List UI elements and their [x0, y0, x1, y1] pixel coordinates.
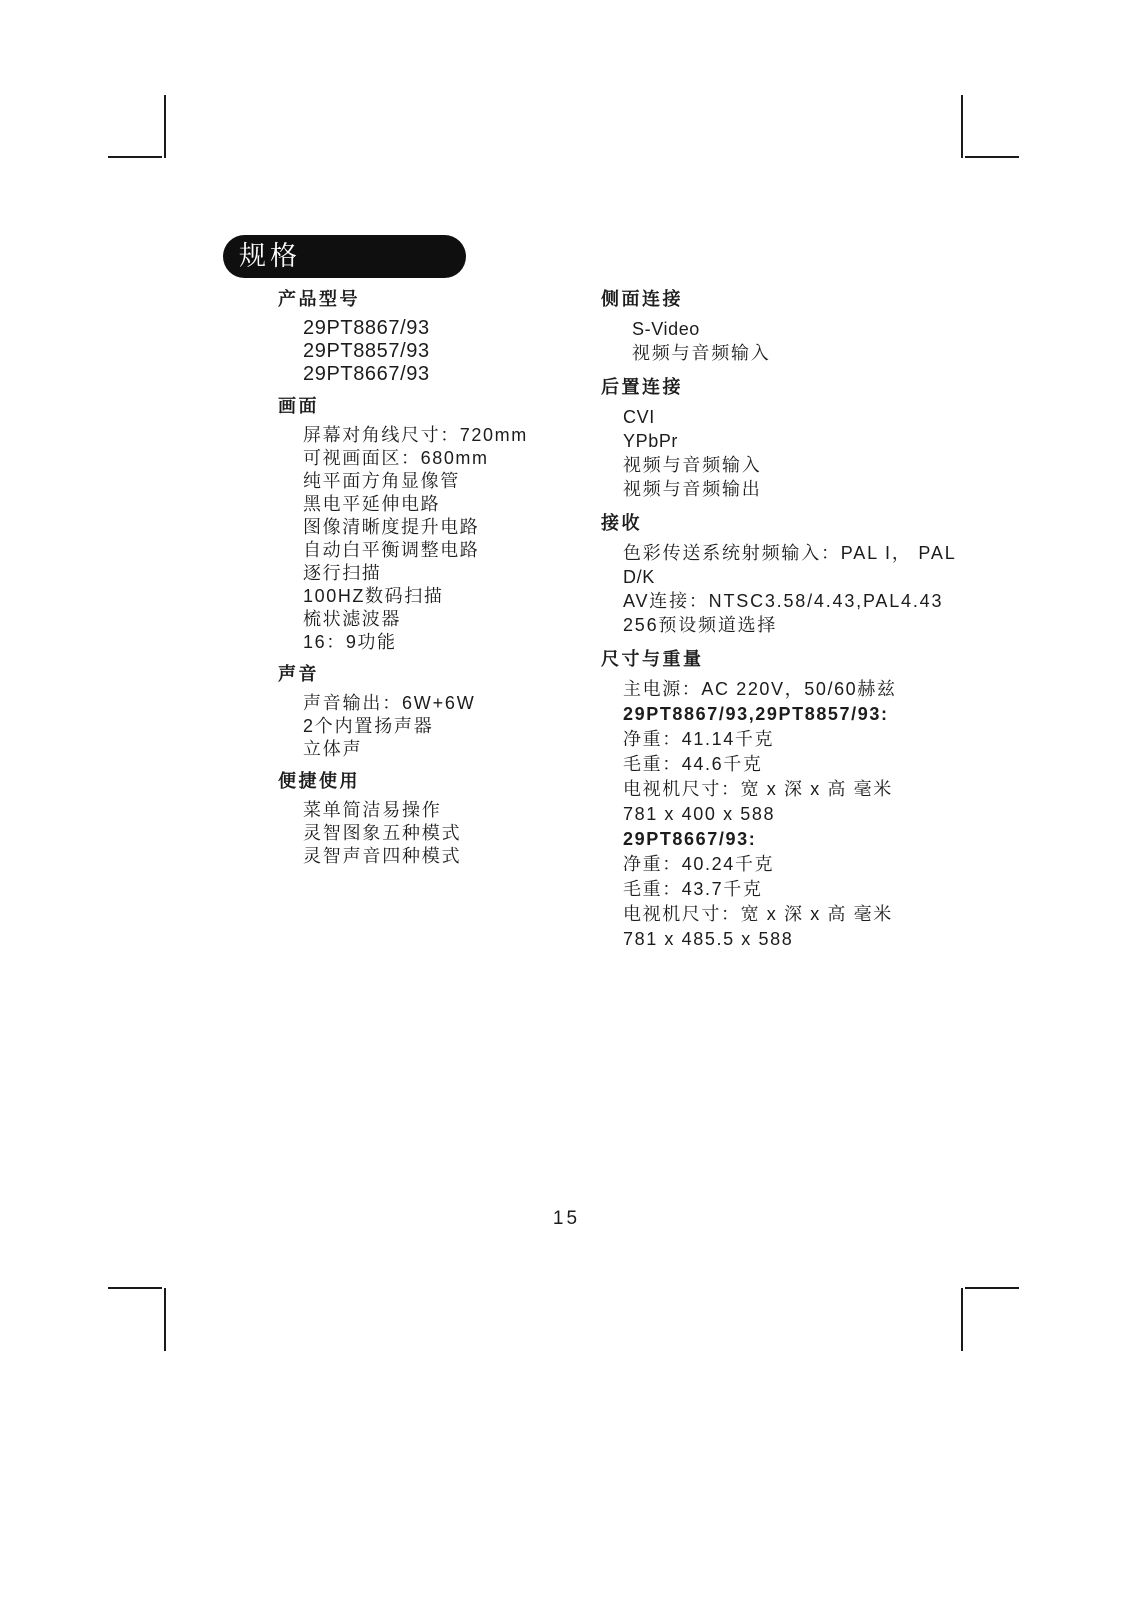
section-ease-of-use: 便捷使用 菜单简洁易操作 灵智图象五种模式 灵智声音四种模式	[278, 770, 588, 868]
spec-line: 自动白平衡调整电路	[278, 539, 588, 562]
spec-line: YPbPr	[601, 429, 1031, 453]
section-picture: 画面 屏幕对角线尺寸：720mm 可视画面区：680mm 纯平面方角显像管 黑电…	[278, 395, 588, 654]
section-heading: 接收	[601, 512, 1031, 535]
title-badge: 规格	[223, 235, 466, 278]
section-heading: 尺寸与重量	[601, 648, 1031, 671]
spec-line: 屏幕对角线尺寸：720mm	[278, 424, 588, 447]
section-heading: 后置连接	[601, 376, 1031, 399]
crop-mark-top-right-horizontal	[965, 156, 1019, 158]
spec-line: 256预设频道选择	[601, 613, 1031, 637]
spec-line: 781 x 485.5 x 588	[601, 927, 1031, 952]
spec-line: 毛重：43.7千克	[601, 877, 1031, 902]
crop-mark-top-left-horizontal	[108, 156, 162, 158]
spec-line: 图像清晰度提升电路	[278, 516, 588, 539]
spec-line: 毛重：44.6千克	[601, 752, 1031, 777]
manual-spec-page: 规格 产品型号 29PT8867/93 29PT8857/93 29PT8667…	[0, 0, 1133, 1600]
spec-line: 梳状滤波器	[278, 608, 588, 631]
spec-line: 16：9功能	[278, 631, 588, 654]
spec-line: 29PT8667/93	[278, 363, 588, 386]
crop-mark-bottom-left-vertical	[164, 1288, 166, 1351]
spec-line: 菜单简洁易操作	[278, 799, 588, 822]
crop-mark-bottom-left-horizontal	[108, 1287, 162, 1289]
spec-line: 净重：41.14千克	[601, 727, 1031, 752]
spec-line: 视频与音频输入	[601, 453, 1031, 477]
spec-line: 黑电平延伸电路	[278, 493, 588, 516]
spec-line: 视频与音频输出	[601, 477, 1031, 501]
spec-line: 立体声	[278, 738, 588, 761]
spec-line-model-group: 29PT8667/93:	[601, 827, 1031, 852]
spec-line: 色彩传送系统射频输入：PAL I， PAL	[601, 541, 1031, 565]
section-side-connections: 侧面连接 S-Video 视频与音频输入	[601, 288, 1031, 365]
spec-line: 可视画面区：680mm	[278, 447, 588, 470]
spec-line: 电视机尺寸：宽 x 深 x 高 毫米	[601, 902, 1031, 927]
spec-line: AV连接：NTSC3.58/4.43,PAL4.43	[601, 589, 1031, 613]
section-dimensions-weight: 尺寸与重量 主电源：AC 220V，50/60赫兹 29PT8867/93,29…	[601, 648, 1031, 952]
section-reception: 接收 色彩传送系统射频输入：PAL I， PAL D/K AV连接：NTSC3.…	[601, 512, 1031, 637]
title-badge-label: 规格	[223, 243, 301, 270]
spec-line: 净重：40.24千克	[601, 852, 1031, 877]
section-sound: 声音 声音输出：6W+6W 2个内置扬声器 立体声	[278, 663, 588, 761]
spec-line-model-group: 29PT8867/93,29PT8857/93:	[601, 702, 1031, 727]
spec-line: D/K	[601, 565, 1031, 589]
crop-mark-bottom-right-horizontal	[965, 1287, 1019, 1289]
section-heading: 声音	[278, 663, 588, 686]
spec-line: 781 x 400 x 588	[601, 802, 1031, 827]
spec-line: 视频与音频输入	[601, 341, 1031, 365]
section-heading: 产品型号	[278, 288, 588, 311]
left-column: 产品型号 29PT8867/93 29PT8857/93 29PT8667/93…	[278, 288, 588, 877]
spec-line: 100HZ数码扫描	[278, 585, 588, 608]
spec-line: 逐行扫描	[278, 562, 588, 585]
spec-line: S-Video	[601, 317, 1031, 341]
section-heading: 画面	[278, 395, 588, 418]
spec-line: CVI	[601, 405, 1031, 429]
page-number: 15	[0, 1208, 1133, 1230]
spec-line: 29PT8867/93	[278, 317, 588, 340]
crop-mark-bottom-right-vertical	[961, 1288, 963, 1351]
spec-line: 29PT8857/93	[278, 340, 588, 363]
crop-mark-top-right-vertical	[961, 95, 963, 158]
section-heading: 侧面连接	[601, 288, 1031, 311]
spec-line: 纯平面方角显像管	[278, 470, 588, 493]
spec-line: 电视机尺寸：宽 x 深 x 高 毫米	[601, 777, 1031, 802]
section-rear-connections: 后置连接 CVI YPbPr 视频与音频输入 视频与音频输出	[601, 376, 1031, 501]
spec-line: 灵智图象五种模式	[278, 822, 588, 845]
crop-mark-top-left-vertical	[164, 95, 166, 158]
spec-line: 灵智声音四种模式	[278, 845, 588, 868]
section-heading: 便捷使用	[278, 770, 588, 793]
spec-line: 2个内置扬声器	[278, 715, 588, 738]
spec-line: 主电源：AC 220V，50/60赫兹	[601, 677, 1031, 702]
right-column: 侧面连接 S-Video 视频与音频输入 后置连接 CVI YPbPr 视频与音…	[601, 288, 1031, 963]
spec-line: 声音输出：6W+6W	[278, 692, 588, 715]
section-product-models: 产品型号 29PT8867/93 29PT8857/93 29PT8667/93	[278, 288, 588, 386]
